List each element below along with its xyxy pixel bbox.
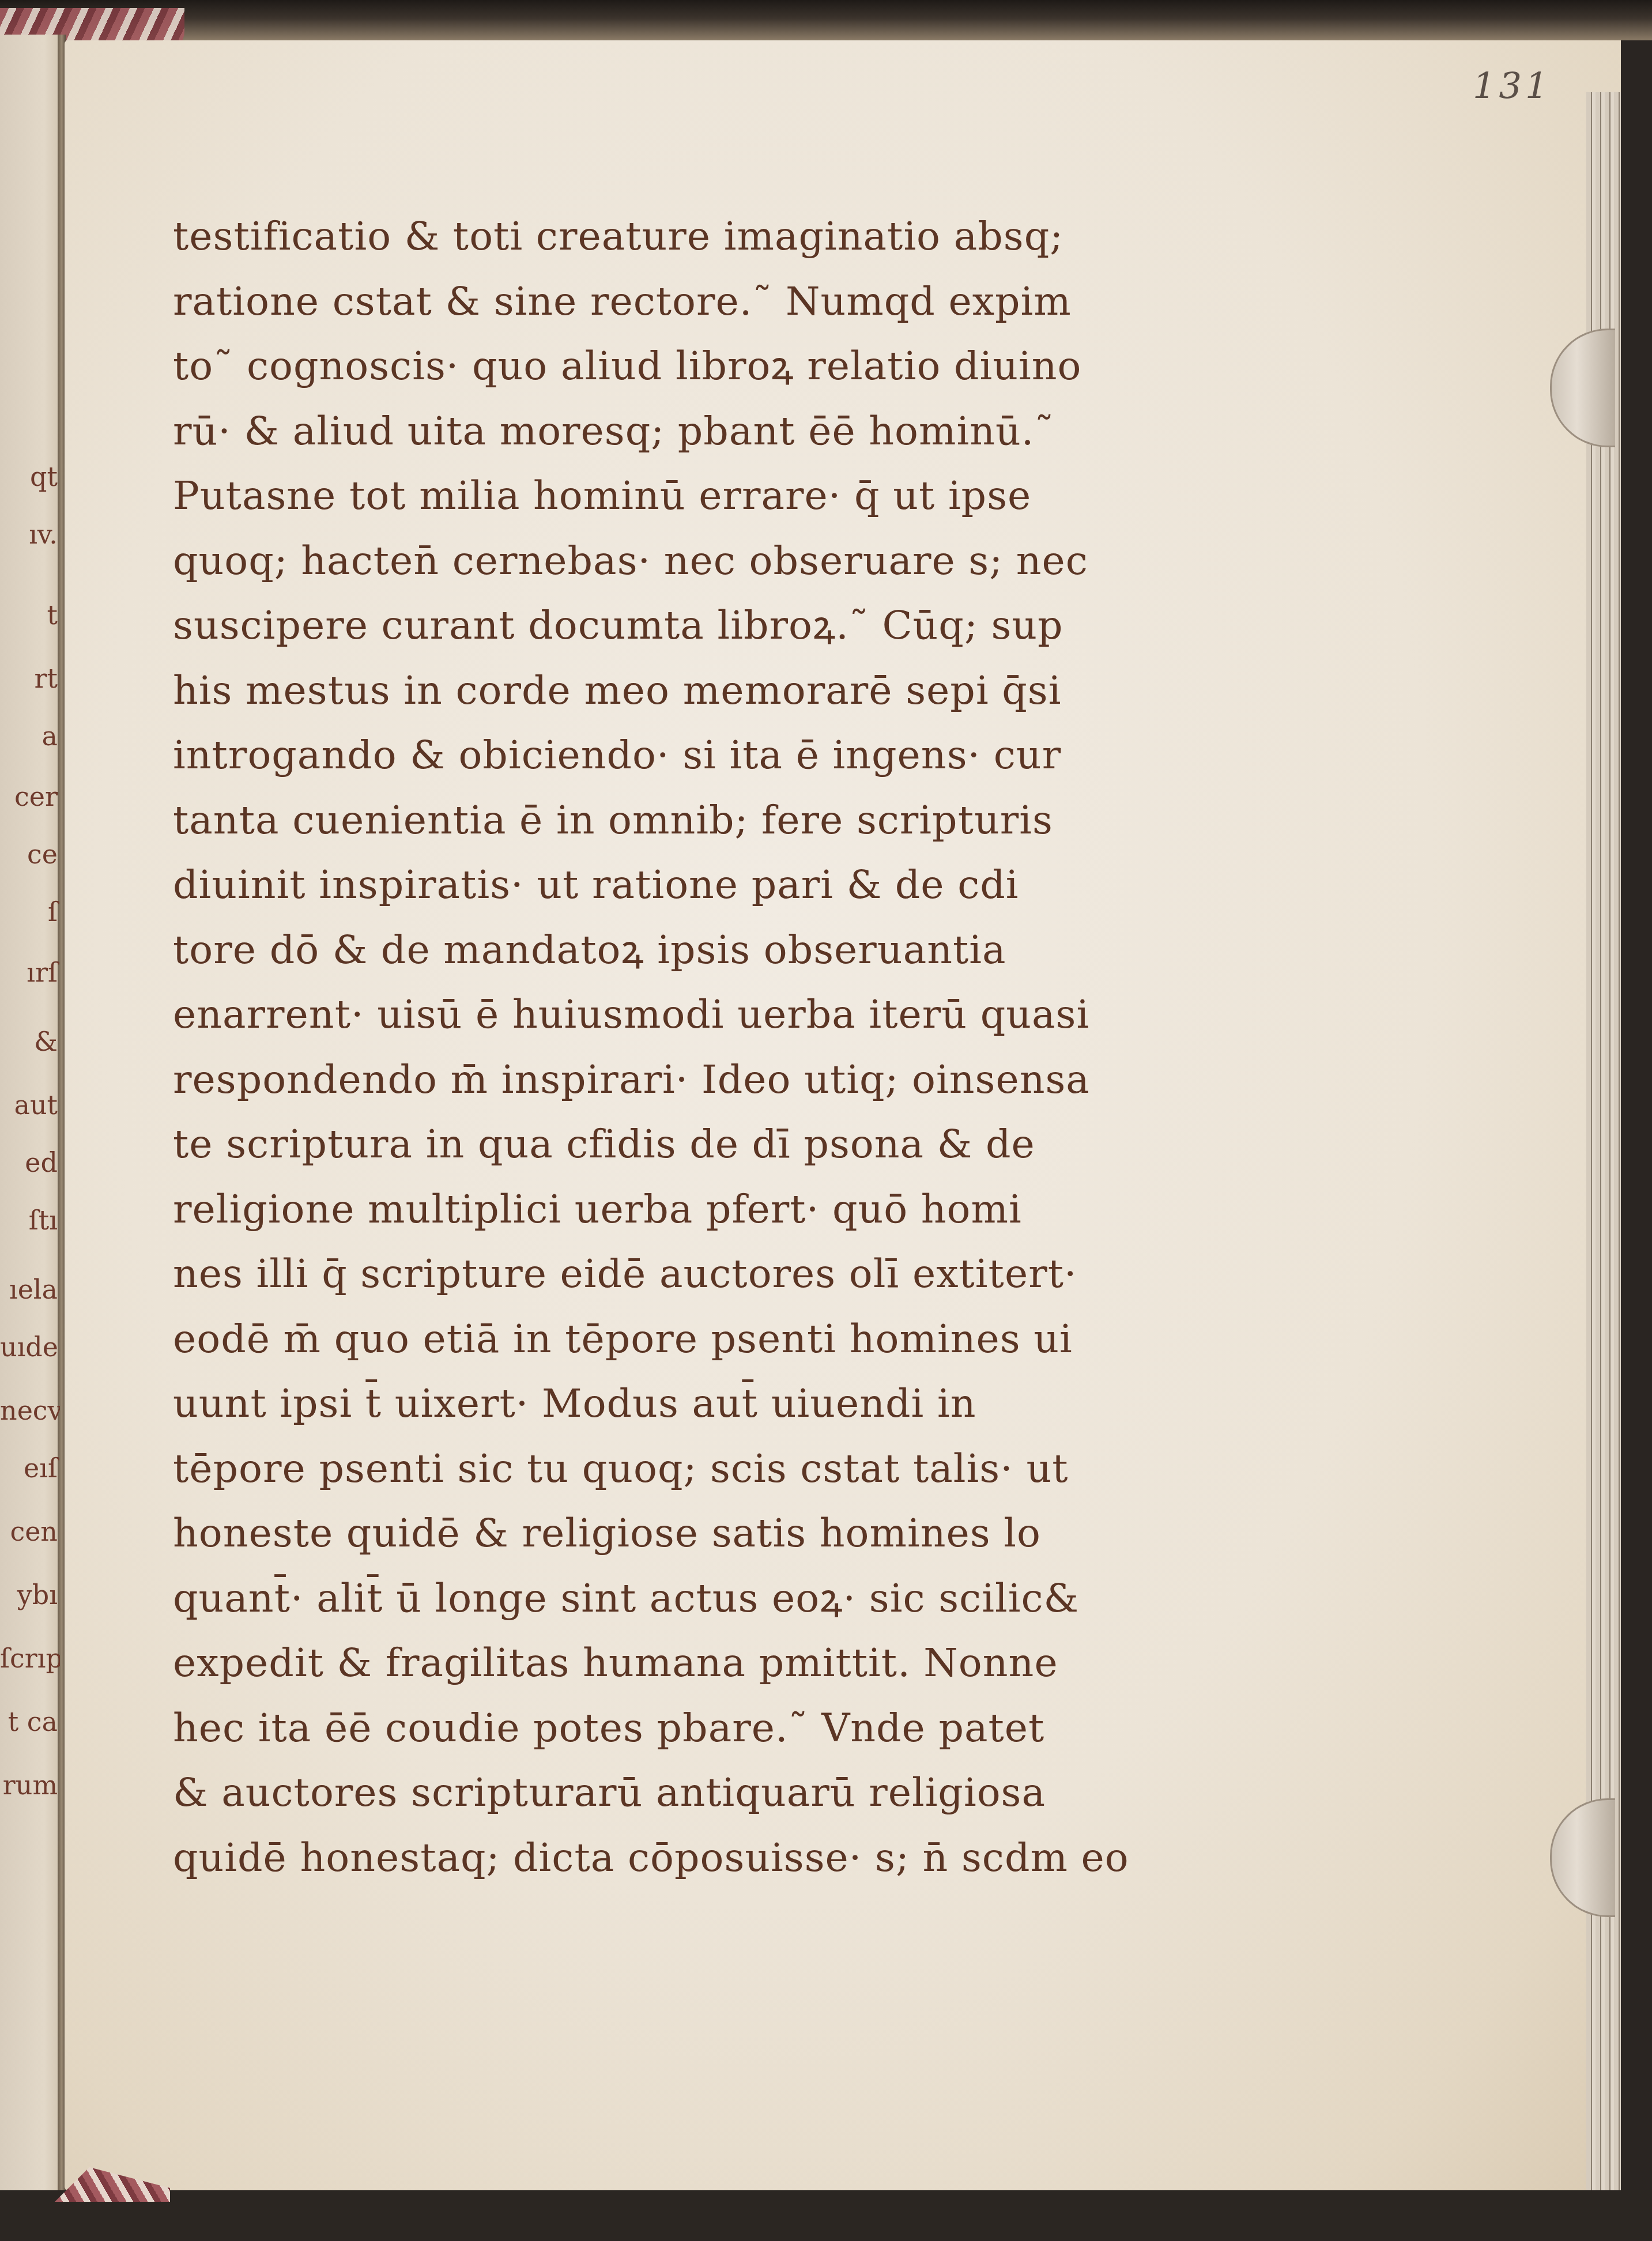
margin-fragment: ıv. (0, 519, 60, 550)
text-line: suscipere curant documta libroꝝ.˜ Cūq; s… (173, 594, 1291, 659)
margin-fragment: cer (0, 781, 60, 812)
margin-fragment: ıela (0, 1274, 60, 1305)
margin-fragment: ybı (0, 1579, 60, 1610)
margin-fragment: necv (0, 1395, 60, 1426)
margin-fragment: & (0, 1026, 60, 1057)
text-line: to˜ cognoscis· quo aliud libroꝝ relatio … (173, 334, 1291, 399)
margin-fragment: rum (0, 1770, 60, 1801)
clasp-upper (1550, 329, 1615, 447)
text-line: eodē m̄ quo etiā in tēpore psenti homine… (173, 1307, 1291, 1372)
margin-fragment: ed (0, 1147, 60, 1178)
main-text-block: testificatio & toti creature imaginatio … (173, 205, 1291, 1891)
text-line: honeste quidē & religiose satis homines … (173, 1501, 1291, 1567)
text-line: expedit & fragilitas humana pmittit. Non… (173, 1631, 1291, 1696)
book-top-edge (0, 0, 1652, 40)
margin-fragment: eıſ (0, 1452, 60, 1484)
text-line: tore dō & de mandatoꝝ ipsis obseruantia (173, 918, 1291, 983)
text-line: tēpore psenti sic tu quoq; scis cstat ta… (173, 1437, 1291, 1502)
text-line: testificatio & toti creature imaginatio … (173, 205, 1291, 270)
text-line: religione multiplici uerba pfert· quō ho… (173, 1178, 1291, 1243)
text-line: & auctores scripturarū antiquarū religio… (173, 1761, 1291, 1826)
text-line: quoq; hacten̄ cernebas· nec obseruare s;… (173, 529, 1291, 594)
text-line: rū· & aliud uita moresq; pbant ēē hominū… (173, 399, 1291, 465)
margin-fragment: ſ (0, 896, 60, 927)
folio-number: 131 (1473, 65, 1551, 107)
text-line: respondendo m̄ inspirari· Ideo utiq; oin… (173, 1048, 1291, 1113)
margin-fragment: aut (0, 1089, 60, 1120)
margin-fragment: ſcrıp (0, 1643, 60, 1674)
text-line: quant̄· alit̄ ū longe sint actus eoꝝ· si… (173, 1567, 1291, 1632)
margin-fragment: t (0, 599, 60, 631)
text-line: uunt ipsi t̄ uixert· Modus aut̄ uiuendi … (173, 1372, 1291, 1437)
margin-fragment: ce (0, 839, 60, 870)
text-line: Putasne tot milia hominū errare· q̄ ut i… (173, 464, 1291, 529)
book-bottom-edge (0, 2190, 1652, 2241)
text-line: introgando & obiciendo· si ita ē ingens·… (173, 723, 1291, 788)
margin-fragment: ırſ (0, 957, 60, 988)
text-line: enarrent· uisū ē huiusmodi uerba iterū q… (173, 983, 1291, 1048)
margin-fragment: uıde (0, 1331, 60, 1363)
margin-fragment: a (0, 720, 60, 752)
text-line: hec ita ēē coudie potes pbare.˜ Vnde pat… (173, 1696, 1291, 1761)
margin-fragment: ſtı (0, 1205, 60, 1236)
text-line: tanta cuenientia ē in omnib; fere script… (173, 788, 1291, 854)
text-line: quidē honestaq; dicta cōposuisse· s; n̄ … (173, 1826, 1291, 1891)
margin-fragment: t ca (0, 1706, 60, 1737)
text-line: his mestus in corde meo memorarē sepi q̄… (173, 659, 1291, 724)
text-line: te scriptura in qua cfidis de dī psona &… (173, 1112, 1291, 1178)
margin-fragment: cen (0, 1516, 60, 1547)
clasp-lower (1550, 1798, 1615, 1917)
text-line: nes illi q̄ scripture eidē auctores olī … (173, 1242, 1291, 1307)
text-line: ratione cstat & sine rectore.˜ Numqd exp… (173, 270, 1291, 335)
margin-fragment: rt (0, 663, 60, 694)
margin-fragment: qt (0, 461, 60, 492)
text-line: diuinit inspiratis· ut ratione pari & de… (173, 853, 1291, 918)
